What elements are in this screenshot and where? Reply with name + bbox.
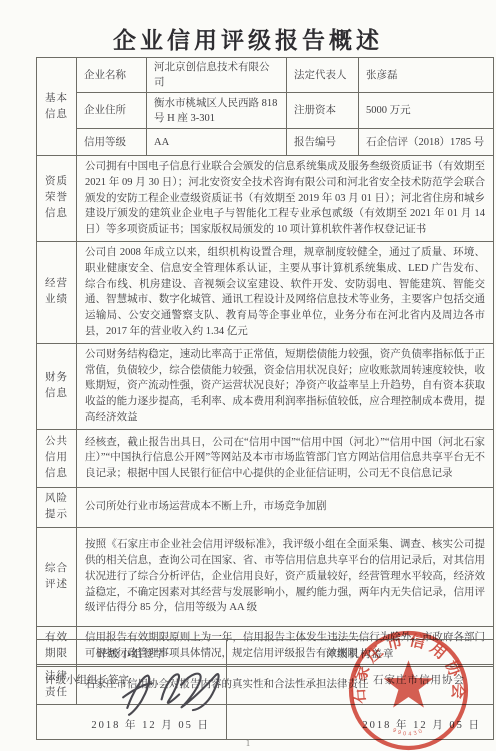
seal-star-icon — [384, 660, 434, 707]
official-red-seal: 石家庄市信用协会 990430 — [346, 628, 471, 751]
table-row: 公共信用信息 经核查，截止报告出具日，公司在“信用中国”“信用中国（河北）”“信… — [37, 429, 494, 487]
field-label-company-address: 企业住所 — [77, 93, 147, 129]
handwritten-signature — [118, 667, 227, 725]
field-label-company-name: 企业名称 — [77, 58, 147, 93]
table-row: 企业住所 衡水市桃城区人民西路 818 号 H 座 3-301 注册资本 500… — [37, 93, 494, 129]
field-value-registered-capital: 5000 万元 — [359, 93, 494, 129]
section-text-public-credit: 经核查，截止报告出具日，公司在“信用中国”“信用中国（河北）”“信用中国（河北石… — [77, 429, 494, 487]
section-label-qualifications: 资质荣誉信息 — [37, 156, 77, 242]
field-value-report-number: 石企信评（2018）1785 号 — [359, 129, 494, 156]
table-row: 资质荣誉信息 公司拥有中国电子信息行业联合会颁发的信息系统集成及服务叁级资质证书… — [37, 156, 494, 242]
team-signature-date: 2018 年 12 月 05 日 — [91, 717, 210, 732]
section-label-comprehensive-review: 综合评述 — [37, 527, 77, 626]
field-label-registered-capital: 注册资本 — [287, 93, 359, 129]
section-text-comprehensive-review: 按照《石家庄市企业社会信用评级标准》，我评级小组在全面采集、调查、核实公司提供的… — [77, 527, 494, 626]
table-row: 财务信息 公司财务结构稳定，速动比率高于正常值，短期偿债能力较强，资产负债率指标… — [37, 343, 494, 429]
field-label-credit-rating: 信用等级 — [77, 129, 147, 156]
field-label-legal-representative: 法定代表人 — [287, 58, 359, 93]
table-row: 基本信息 企业名称 河北京创信息技术有限公司 法定代表人 张彦磊 — [37, 58, 494, 93]
section-label-public-credit: 公共信用信息 — [37, 429, 77, 487]
page-title: 企业信用评级报告概述 — [0, 22, 496, 55]
table-row: 信用等级 AA 报告编号 石企信评（2018）1785 号 — [37, 129, 494, 156]
section-label-basic-info: 基本信息 — [37, 58, 77, 156]
report-table: 基本信息 企业名称 河北京创信息技术有限公司 法定代表人 张彦磊 企业住所 衡水… — [36, 57, 494, 705]
field-label-report-number: 报告编号 — [287, 129, 359, 156]
section-text-operating-performance: 公司自 2008 年成立以来，组织机构设置合理，规章制度较健全，通过了质量、环境… — [77, 241, 494, 343]
section-text-risk-warning: 公司所处行业市场运营成本不断上升，市场竞争加剧 — [77, 487, 494, 527]
section-label-risk-warning: 风险提示 — [37, 487, 77, 527]
section-text-financial-info: 公司财务结构稳定，速动比率高于正常值，短期偿债能力较强，资产负债率指标低于正常值… — [77, 343, 494, 429]
svg-text:990430: 990430 — [391, 727, 425, 737]
field-value-credit-rating: AA — [147, 129, 287, 156]
table-row: 经营业绩 公司自 2008 年成立以来，组织机构设置合理，规章制度较健全，通过了… — [37, 241, 494, 343]
team-signature-cell: 评级小组组长签字: 2018 年 12 月 05 日 — [37, 667, 227, 740]
report-page: 企业信用评级报告概述 基本信息 企业名称 河北京创信息技术有限公司 法定代表人 … — [0, 0, 496, 751]
table-row: 综合评述 按照《石家庄市企业社会信用评级标准》，我评级小组在全面采集、调查、核实… — [37, 527, 494, 626]
field-value-company-address: 衡水市桃城区人民西路 818 号 H 座 3-301 — [147, 93, 287, 129]
field-value-company-name: 河北京创信息技术有限公司 — [147, 58, 287, 93]
section-label-operating-performance: 经营业绩 — [37, 241, 77, 343]
section-label-financial-info: 财务信息 — [37, 343, 77, 429]
section-text-qualifications: 公司拥有中国电子信息行业联合会颁发的信息系统集成及服务叁级资质证书（有效期至 2… — [77, 156, 494, 242]
field-value-legal-representative: 张彦磊 — [359, 58, 494, 93]
table-row: 风险提示 公司所处行业市场运营成本不断上升，市场竞争加剧 — [37, 487, 494, 527]
team-signature-header: 评级小组签字 — [37, 640, 227, 667]
seal-serial-number: 990430 — [391, 727, 425, 737]
page-number: 1 — [0, 738, 496, 748]
